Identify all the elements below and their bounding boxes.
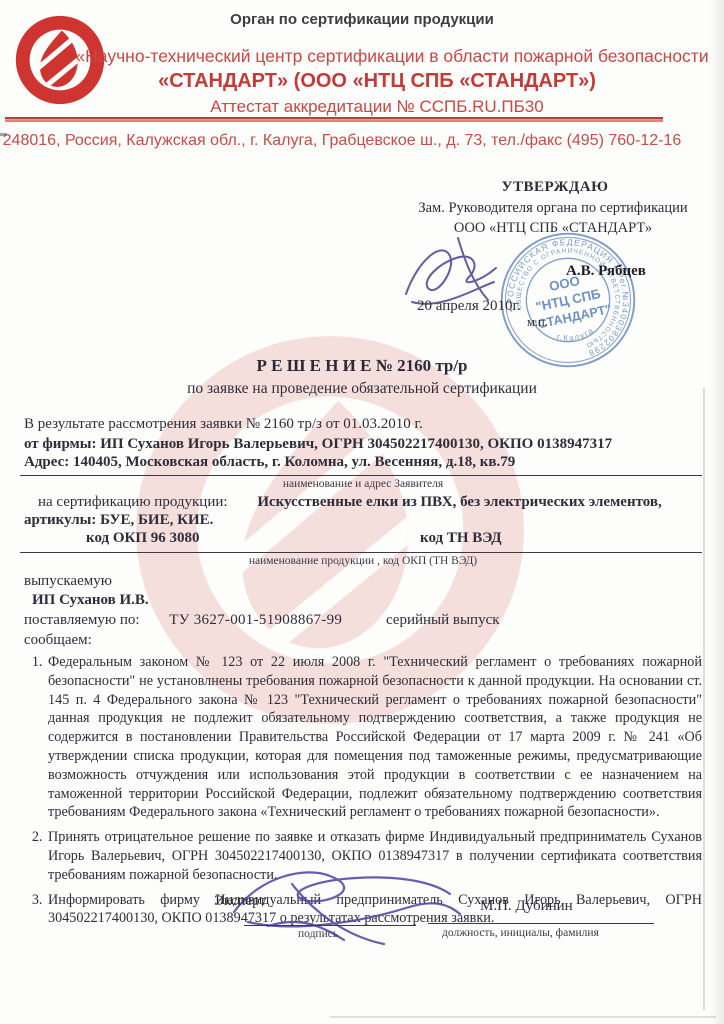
approver-role: Зам. Руководителя органа по сертификации [370, 200, 724, 217]
seal-place-note: м.п. [527, 315, 548, 330]
approver-name: А.В. Рябцев [566, 263, 646, 280]
scan-fold-line [703, 388, 705, 1010]
supplied-doc: ТУ 3627-001-51908867-99 [169, 612, 342, 628]
inform-label: сообщаем: [24, 631, 702, 649]
decision-body: В результате рассмотрения заявки № 2160 … [24, 408, 702, 934]
codes-line: код ОКП 96 3080 код ТН ВЭД [20, 529, 702, 553]
product-label: на сертификацию продукции: [38, 494, 228, 510]
articles-line: артикулы: БУЕ, БИЕ, КИЕ. [24, 511, 702, 529]
okp-code: код ОКП 96 3080 [86, 530, 200, 546]
expert-label: Эксперт [214, 893, 266, 910]
producer-name: ИП Суханов И.В. [24, 591, 702, 609]
tnved-label: код ТН ВЭД [420, 529, 502, 547]
product-line: на сертификацию продукции: Искусственные… [24, 493, 702, 511]
applicant-address-line: Адрес: 140405, Московская область, г. Ко… [20, 453, 702, 476]
decision-item: Федеральным законом № 123 от 22 июля 200… [46, 653, 702, 822]
decision-subtitle: по заявке на проведение обязательной сер… [0, 380, 724, 398]
document-page: Орган по сертификации продукции «Научно-… [0, 0, 724, 1024]
scan-edge-shadow [710, 0, 724, 1024]
supplied-label: поставляемую по: [24, 612, 140, 628]
produced-label: выпускаемую [24, 572, 702, 590]
intro-line: В результате рассмотрения заявки № 2160 … [24, 415, 702, 433]
approval-date: 20 апреля 2010г. [417, 298, 521, 315]
supplied-line: поставляемую по: ТУ 3627-001-51908867-99… [24, 611, 702, 629]
scan-bottom-shadow [330, 1016, 716, 1018]
header-org-name-line2: «СТАНДАРТ» (ООО «НТЦ СПБ «СТАНДАРТ») [30, 70, 724, 93]
product-name: Искусственные елки из ПВХ, без электриче… [257, 494, 661, 510]
header-accreditation: Аттестат аккредитации № ССПБ.RU.ПБ30 [30, 97, 724, 117]
header-org-type: Орган по сертификации продукции [0, 11, 724, 28]
header-org-name-line1: «Научно-технический центр сертификации в… [60, 46, 724, 67]
expert-name: М.П. Дубинин [480, 898, 573, 915]
firm-line: от фирмы: ИП Суханов Игорь Валерьевич, О… [24, 435, 702, 453]
caption-product: наименование продукции , код ОКП (ТН ВЭД… [24, 555, 702, 567]
caption-applicant: наименование и адрес Заявителя [24, 478, 702, 490]
signature-line [244, 925, 416, 926]
header-divider [5, 117, 663, 122]
signature-block: Эксперт подпись М.П. Дубинин должность, … [0, 882, 724, 972]
signature-caption: подпись [298, 928, 338, 940]
name-line [428, 923, 654, 924]
header-address: 248016, Россия, Калужская обл., г. Калуг… [0, 132, 684, 150]
position-caption: должность, инициалы, фамилия [442, 927, 599, 939]
approval-word: УТВЕРЖДАЮ [400, 179, 710, 196]
scan-edge-mark [0, 133, 7, 136]
supplied-mode: серийный выпуск [386, 612, 500, 628]
